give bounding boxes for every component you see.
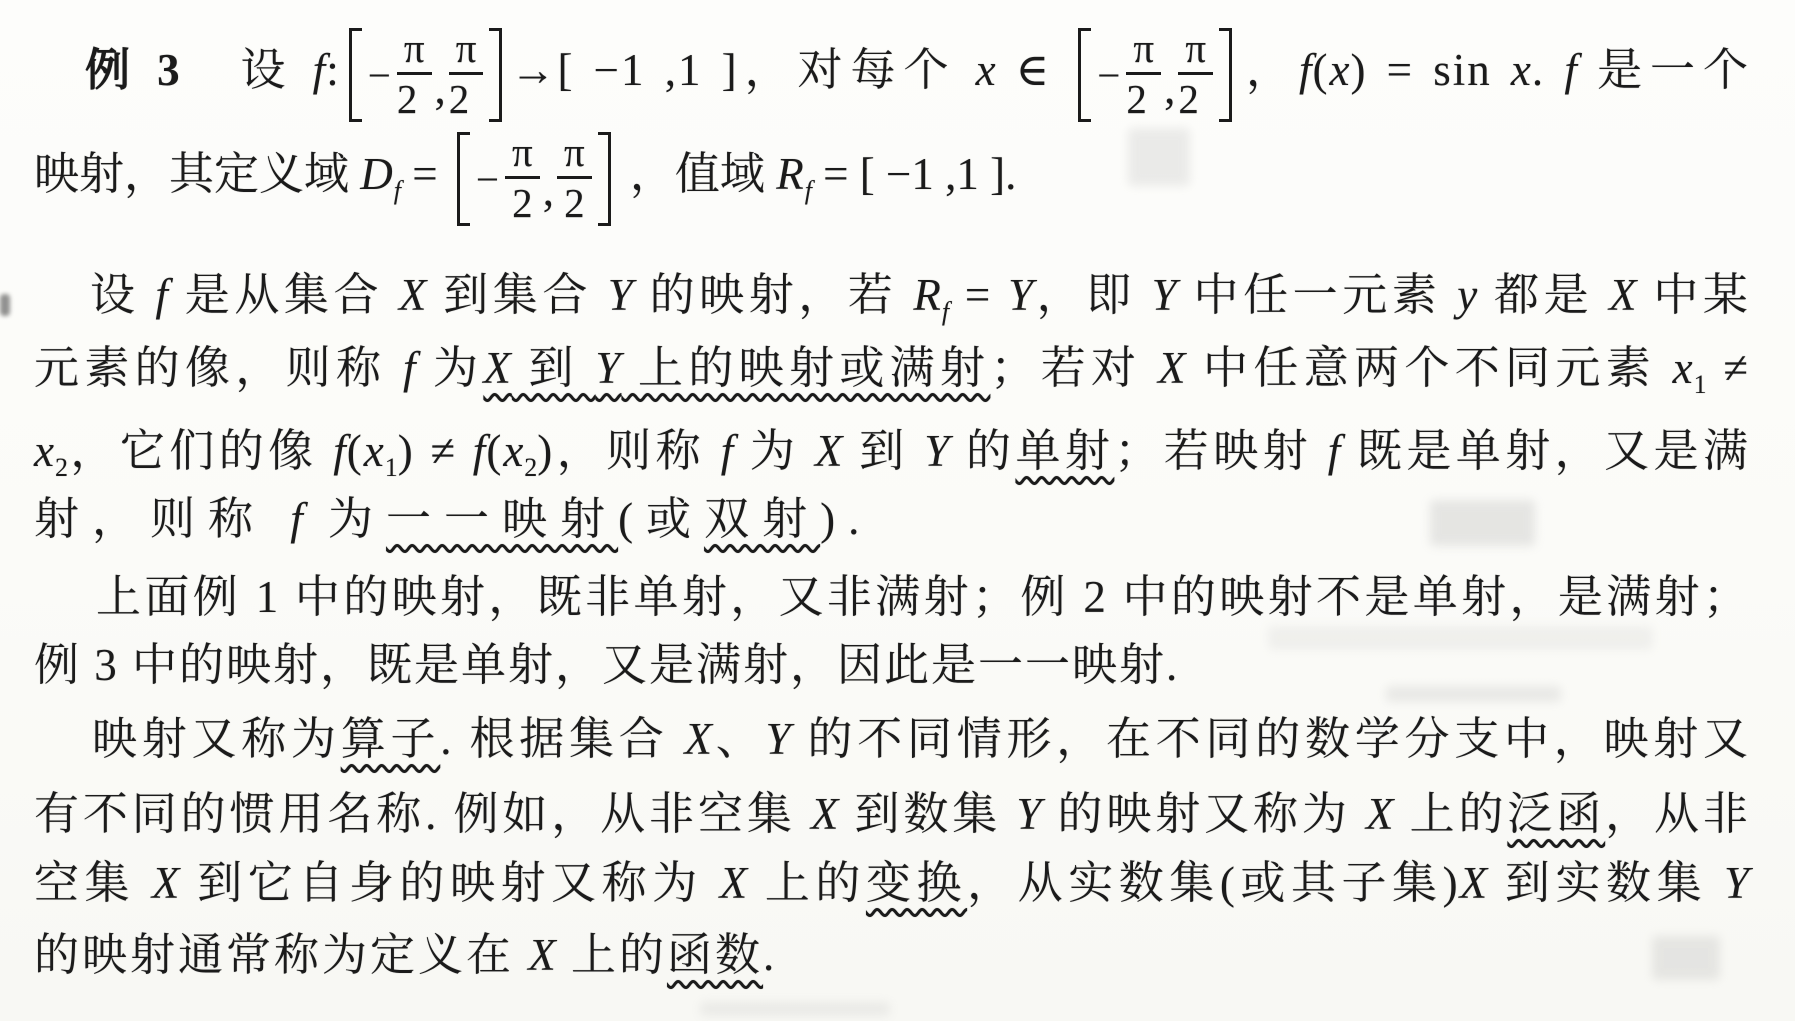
math-variable: X [811, 789, 840, 839]
math-variable: Y [765, 714, 791, 764]
math-variable: x [976, 45, 997, 95]
fraction-denominator: 2 [1178, 75, 1213, 121]
wavy-underlined-term: 泛函 [1507, 789, 1605, 839]
math-variable: f [1328, 426, 1342, 476]
fraction-denominator: 2 [397, 75, 432, 121]
subscript: 1 [385, 453, 398, 482]
text-line-1: 例 3 设 f:−π2,π2→[ −1 ,1 ]，对每个 x ∈ −π2,π2，… [34, 20, 1750, 125]
text-line-12: 的映射通常称为定义在 X 上的函数. [34, 930, 1750, 980]
fraction-denominator: 2 [557, 179, 592, 225]
fraction-pi-over-2: π2 [397, 28, 432, 121]
text-run: ，从实数集(或其子集) [967, 858, 1460, 908]
text-run: = [ −1 ,1 ]. [812, 149, 1016, 199]
text-run: 有不同的惯用名称. 例如，从非空集 [34, 789, 811, 839]
text-run: ， [1240, 45, 1299, 95]
math-variable: f [313, 45, 327, 95]
fraction-numerator: π [505, 132, 540, 179]
comma: , [1164, 66, 1175, 111]
math-variable: f [155, 270, 169, 320]
text-run: ；若映射 [1114, 426, 1327, 476]
bleedthrough-artifact [1386, 686, 1561, 702]
text-run: 的映射通常称为定义在 [34, 930, 528, 980]
math-variable: x [1511, 45, 1532, 95]
bleedthrough-artifact [0, 294, 10, 316]
fraction-numerator: π [449, 28, 484, 75]
text-run: ，即 [1034, 270, 1152, 320]
text-run: ，从非 [1605, 789, 1750, 839]
text-run: . [1532, 45, 1564, 95]
text-run: 都是 [1478, 270, 1609, 320]
text-run: 到它自身的映射又称为 [180, 858, 719, 908]
text-run: 例 3 [85, 45, 182, 95]
text-run: 上的 [1394, 789, 1507, 839]
math-variable: X [528, 930, 557, 980]
text-run: ，它们的像 [68, 426, 333, 476]
fraction-denominator: 2 [449, 75, 484, 121]
text-run: 元素的像，则称 [34, 343, 403, 393]
math-variable: f [1299, 45, 1313, 95]
text-run: 泛函 [1507, 789, 1605, 839]
text-run: ( [486, 426, 503, 476]
math-variable: D [360, 149, 394, 199]
fraction-pi-over-2: π2 [449, 28, 484, 121]
text-run: 上的 [557, 930, 667, 980]
text-run: 射，则称 [34, 494, 290, 544]
fraction-numerator: π [397, 28, 432, 75]
interval-bracket-left-icon [1078, 28, 1091, 122]
math-interval: −π2,π2 [1078, 25, 1232, 125]
math-variable: X [684, 714, 713, 764]
math-variable: f [473, 426, 487, 476]
fraction-pi-over-2: π2 [1126, 28, 1161, 121]
page: 例 3 设 f:−π2,π2→[ −1 ,1 ]，对每个 x ∈ −π2,π2，… [0, 0, 1795, 1021]
text-line-10: 有不同的惯用名称. 例如，从非空集 X 到数集 Y 的映射又称为 X 上的泛函，… [34, 789, 1750, 839]
fraction-pi-over-2: π2 [505, 132, 540, 225]
text-run: 中某 [1638, 270, 1750, 320]
text-run: 函数 [667, 930, 763, 980]
text-run: 到 [512, 343, 596, 393]
text-run: 是从集合 [169, 270, 399, 320]
interval-bracket-left-icon [457, 132, 470, 226]
text-run: 既是单射，又是满 [1341, 426, 1750, 476]
text-run: 到数集 [839, 789, 1016, 839]
math-variable: X [152, 858, 181, 908]
math-variable: Y [1152, 270, 1178, 320]
math-variable: X [815, 426, 844, 476]
bleedthrough-artifact [1430, 500, 1535, 546]
math-variable: x [1673, 343, 1694, 393]
text-run: ∈ [997, 45, 1071, 95]
math-variable: X [1460, 858, 1489, 908]
wavy-underlined-term: 单射 [1015, 426, 1114, 476]
text-run: ) ≠ [398, 426, 473, 476]
text-run: ). [820, 494, 872, 544]
wavy-underlined-term: X 到 Y 上的映射或满射 [483, 343, 990, 393]
text-line-5: x2，它们的像 f(x1) ≠ f(x2)，则称 f 为 X 到 Y 的单射；若… [34, 426, 1750, 476]
math-variable: x [34, 426, 55, 476]
text-run: 、 [713, 714, 766, 764]
fraction-numerator: π [1126, 28, 1161, 75]
math-variable: f [290, 494, 304, 544]
text-run: 变换 [866, 858, 967, 908]
text-run: 的映射，若 [634, 270, 914, 320]
subscript: 1 [1694, 370, 1707, 399]
text-run: : [326, 45, 341, 95]
wavy-underlined-term: 一一映射 [386, 494, 618, 544]
text-run: )，则称 [537, 426, 720, 476]
text-run: 双射 [704, 494, 820, 544]
math-variable: X [720, 858, 749, 908]
math-variable: x [1329, 45, 1350, 95]
math-variable: f [333, 426, 347, 476]
text-line-4: 元素的像，则称 f 为X 到 Y 上的映射或满射；若对 X 中任意两个不同元素 … [34, 343, 1750, 393]
text-run: →[ −1 ,1 ]，对每个 [510, 45, 975, 95]
text-run: 为 [304, 494, 386, 544]
fraction-numerator: π [557, 132, 592, 179]
comma: , [543, 168, 554, 213]
text-run: 为 [416, 343, 483, 393]
math-variable: R [776, 149, 805, 199]
text-line-9: 映射又称为算子. 根据集合 X、Y 的不同情形，在不同的数学分支中，映射又 [34, 714, 1750, 764]
text-run: 单射 [1015, 426, 1114, 476]
text-run: 上的 [748, 858, 866, 908]
text-run: 中任意两个不同元素 [1186, 343, 1672, 393]
text-run: 中任一元素 [1178, 270, 1458, 320]
math-variable: R [913, 270, 942, 320]
text-run: 空集 [34, 858, 152, 908]
math-variable: Y [1016, 789, 1042, 839]
minus-sign: − [1097, 25, 1120, 125]
text-run: 算子 [341, 714, 441, 764]
text-run: 是一个 [1578, 45, 1750, 95]
math-variable: f [721, 426, 735, 476]
interval-bracket-right-icon [598, 132, 611, 226]
text-run: 一一映射 [386, 494, 618, 544]
subscript: 2 [524, 453, 537, 482]
math-variable: X [483, 343, 512, 393]
subscript: f [942, 297, 949, 326]
text-run: 的映射又称为 [1042, 789, 1366, 839]
math-variable: x [503, 426, 524, 476]
text-run: 为 [734, 426, 815, 476]
text-run: 设 [90, 270, 155, 320]
fraction-pi-over-2: π2 [1178, 28, 1213, 121]
fraction-denominator: 2 [505, 179, 540, 225]
math-variable: f [1564, 45, 1578, 95]
interval-bracket-left-icon [349, 28, 362, 122]
wavy-underlined-term: 函数 [667, 930, 763, 980]
wavy-underlined-term: 算子 [341, 714, 441, 764]
bleedthrough-artifact [1268, 626, 1653, 650]
subscript: f [805, 176, 812, 205]
math-variable: X [1366, 789, 1395, 839]
text-run: 上的映射或满射 [621, 343, 990, 393]
bleedthrough-artifact [1128, 128, 1190, 186]
text-line-3: 设 f 是从集合 X 到集合 Y 的映射，若 Rf = Y，即 Y 中任一元素 … [34, 270, 1750, 320]
text-run: . [763, 930, 777, 980]
text-run: ≠ [1707, 343, 1750, 393]
text-run: 到集合 [427, 270, 607, 320]
math-variable: X [1609, 270, 1638, 320]
minus-sign: − [476, 131, 499, 227]
text-run: ，值域 [619, 149, 777, 199]
math-interval: −π2,π2 [457, 131, 611, 227]
subscript: 2 [55, 453, 68, 482]
bleedthrough-artifact [1652, 936, 1720, 980]
fraction-pi-over-2: π2 [557, 132, 592, 225]
bleedthrough-artifact [700, 1002, 890, 1016]
text-run: 设 [182, 45, 313, 95]
math-variable: X [1158, 343, 1187, 393]
interval-bracket-right-icon [1219, 28, 1232, 122]
fraction-denominator: 2 [1126, 75, 1161, 121]
text-run: ( [347, 426, 364, 476]
math-variable: Y [1724, 858, 1750, 908]
text-line-2: 映射，其定义域 Df = −π2,π2 ，值域 Rf = [ −1 ,1 ]. [34, 126, 1750, 227]
text-run: 上面例 1 中的映射，既非单射，又非满射；例 2 中的映射不是单射，是满射； [96, 572, 1750, 622]
text-run: 的不同情形，在不同的数学分支中，映射又 [792, 714, 1750, 764]
text-run: = [401, 149, 449, 199]
text-run: = [949, 270, 1008, 320]
math-interval: −π2,π2 [349, 25, 503, 125]
math-variable: Y [608, 270, 634, 320]
text-run: ( [1312, 45, 1329, 95]
text-line-11: 空集 X 到它自身的映射又称为 X 上的变换，从实数集(或其子集)X 到实数集 … [34, 858, 1750, 908]
text-run: 到实数集 [1488, 858, 1724, 908]
wavy-underlined-term: 双射 [704, 494, 820, 544]
text-run: . 根据集合 [440, 714, 684, 764]
fraction-numerator: π [1178, 28, 1213, 75]
text-run: 映射又称为 [92, 714, 341, 764]
subscript: f [394, 176, 401, 205]
math-variable: Y [1008, 270, 1034, 320]
text-run: 的 [950, 426, 1015, 476]
text-run: 映射，其定义域 [34, 149, 360, 199]
math-variable: x [364, 426, 385, 476]
interval-bracket-right-icon [489, 28, 502, 122]
text-run: (或 [618, 494, 704, 544]
minus-sign: − [368, 25, 391, 125]
math-variable: X [399, 270, 428, 320]
math-variable: Y [924, 426, 950, 476]
text-run: ；若对 [990, 343, 1158, 393]
math-variable: y [1457, 270, 1478, 320]
text-run: ) = sin [1350, 45, 1510, 95]
text-run: 到 [844, 426, 925, 476]
text-run: 例 3 中的映射，既是单射，又是满射，因此是一一映射. [34, 640, 1179, 690]
wavy-underlined-term: 变换 [866, 858, 967, 908]
comma: , [435, 66, 446, 111]
math-variable: f [403, 343, 417, 393]
text-line-7: 上面例 1 中的映射，既非单射，又非满射；例 2 中的映射不是单射，是满射； [34, 572, 1750, 622]
math-variable: Y [595, 343, 621, 393]
